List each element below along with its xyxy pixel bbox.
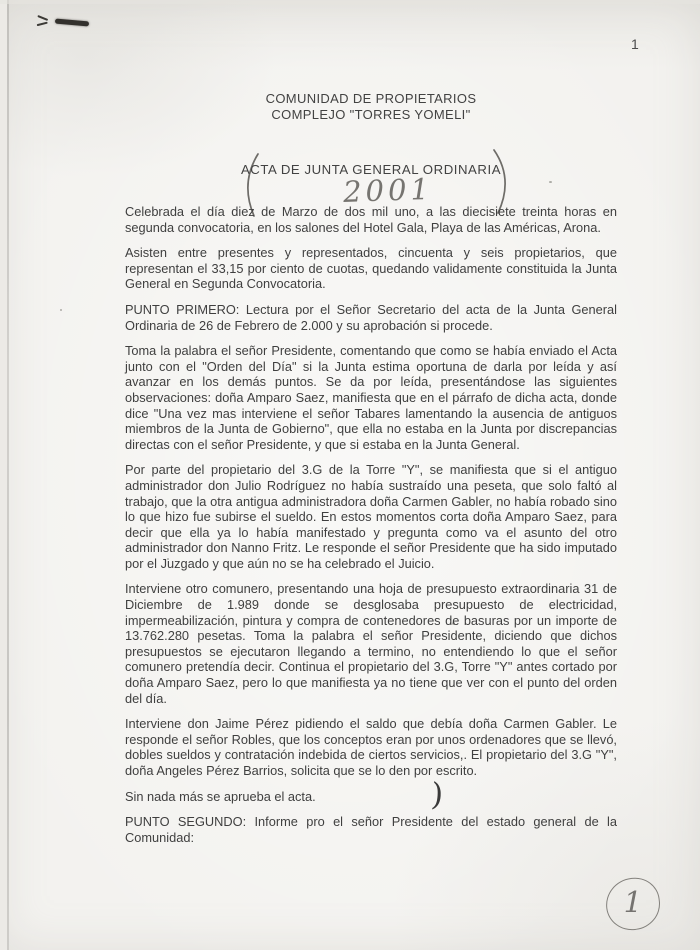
paragraph-acta-approved: Sin nada más se aprueba el acta.	[125, 789, 617, 805]
paragraph-punto-primero: PUNTO PRIMERO: Lectura por el Señor Secr…	[125, 302, 617, 333]
complex-name-line: COMPLEJO "TORRES YOMELI"	[125, 107, 617, 123]
scan-edge-line	[7, 0, 9, 950]
handwritten-circled-page-number: 1	[603, 875, 663, 933]
paragraph-meeting-date: Celebrada el día diez de Marzo de dos mi…	[125, 204, 617, 235]
circled-number-text: 1	[607, 879, 659, 926]
handwritten-paren-mark: )	[430, 777, 445, 814]
paragraph-torre-y-owner: Por parte del propietario del 3.G de la …	[125, 462, 617, 571]
scan-speck	[60, 309, 62, 311]
paragraph-punto-segundo: PUNTO SEGUNDO: Informe pro el señor Pres…	[125, 814, 617, 845]
paragraph-attendance: Asisten entre presentes y representados,…	[125, 245, 617, 292]
staple-mark-chevron	[37, 17, 51, 26]
scanned-document-page: 1 COMUNIDAD DE PROPIETARIOS COMPLEJO "TO…	[0, 0, 700, 950]
paragraph-budget-1989: Interviene otro comunero, presentando un…	[125, 581, 617, 706]
org-name-line: COMUNIDAD DE PROPIETARIOS	[125, 91, 617, 107]
staple-mark-dash	[55, 19, 89, 27]
scan-edge-band	[0, 0, 7, 950]
document-header: COMUNIDAD DE PROPIETARIOS COMPLEJO "TORR…	[125, 91, 617, 122]
document-body: Celebrada el día diez de Marzo de dos mi…	[125, 204, 617, 855]
paragraph-jaime-perez: Interviene don Jaime Pérez pidiendo el s…	[125, 716, 617, 778]
paragraph-president-remarks: Toma la palabra el señor Presidente, com…	[125, 343, 617, 452]
page-number: 1	[631, 36, 639, 52]
scan-edge-top	[0, 0, 700, 4]
